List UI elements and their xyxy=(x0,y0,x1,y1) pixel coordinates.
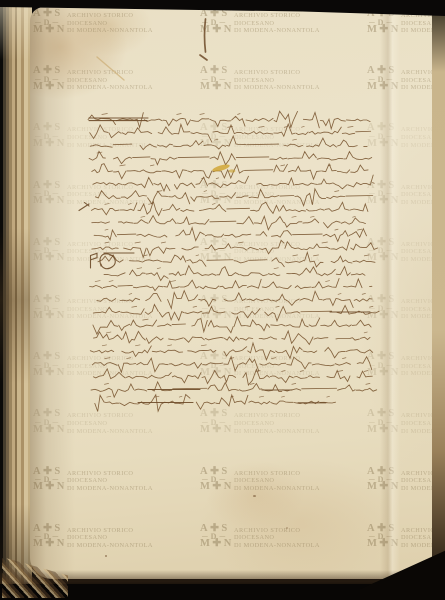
watermark-text: ARCHIVIO STORICODIOCESANODI MODENA-NONAN… xyxy=(234,298,320,321)
watermark-text-line: DIOCESANO xyxy=(234,134,320,142)
watermark-logo-line: M✚N xyxy=(200,140,234,149)
watermark-text-line: DI MODENA-NONANTOLA xyxy=(234,256,320,264)
book-fore-edge-left xyxy=(0,0,32,600)
watermark-text-line: DIOCESANO xyxy=(234,20,320,28)
watermark-text: ARCHIVIO STORICODIOCESANODI MODENA-NONAN… xyxy=(234,241,320,264)
watermark-text-line: DI MODENA-NONANTOLA xyxy=(401,27,434,35)
watermark-text: ARCHIVIO STORICODIOCESANODI MODENA-NONAN… xyxy=(234,12,320,35)
watermark-text: ARCHIVIO STORICODIOCESANODI MODENA-NONAN… xyxy=(401,126,434,149)
manuscript-page: A✚S─D─M✚NARCHIVIO STORICODIOCESANODI MOD… xyxy=(30,7,434,579)
watermark-text-line: DIOCESANO xyxy=(234,420,320,428)
watermark-text-line: DI MODENA-NONANTOLA xyxy=(234,27,320,35)
watermark-text-line: DIOCESANO xyxy=(234,77,320,85)
watermark-stamp: A✚S─D─M✚NARCHIVIO STORICODIOCESANODI MOD… xyxy=(200,410,234,434)
watermark-stamp: A✚S─D─M✚NARCHIVIO STORICODIOCESANODI MOD… xyxy=(200,353,234,377)
watermark-text-line: DIOCESANO xyxy=(234,477,320,485)
watermark-stamp: A✚S─D─M✚NARCHIVIO STORICODIOCESANODI MOD… xyxy=(200,525,234,549)
watermark-logo: A✚S─D─M✚N xyxy=(200,124,234,148)
watermark-text-line: DI MODENA-NONANTOLA xyxy=(401,370,434,378)
watermark-logo: A✚S─D─M✚N xyxy=(200,353,234,377)
watermark-text-line: DI MODENA-NONANTOLA xyxy=(234,485,320,493)
watermark-text-line: ARCHIVIO STORICO xyxy=(401,184,434,192)
watermark-text: ARCHIVIO STORICODIOCESANODI MODENA-NONAN… xyxy=(234,527,320,550)
foxing-speck xyxy=(105,555,107,557)
watermark-text-line: DIOCESANO xyxy=(401,420,434,428)
watermark-logo: A✚S─D─M✚N xyxy=(200,410,234,434)
watermark-stamp: A✚S─D─M✚NARCHIVIO STORICODIOCESANODI MOD… xyxy=(200,182,234,206)
watermark-text-line: DIOCESANO xyxy=(401,20,434,28)
foxing-speck xyxy=(253,495,256,497)
watermark-text-line: DIOCESANO xyxy=(401,134,434,142)
watermark-stamp: A✚S─D─M✚NARCHIVIO STORICODIOCESANODI MOD… xyxy=(200,10,234,34)
watermark-text-line: DI MODENA-NONANTOLA xyxy=(234,84,320,92)
watermark-logo: A✚S─D─M✚N xyxy=(200,10,234,34)
watermark-text: ARCHIVIO STORICODIOCESANODI MODENA-NONAN… xyxy=(234,69,320,92)
watermark-text-line: DIOCESANO xyxy=(401,306,434,314)
watermark-text: ARCHIVIO STORICODIOCESANODI MODENA-NONAN… xyxy=(401,69,434,92)
watermark-text-line: DIOCESANO xyxy=(401,77,434,85)
watermark-text-line: ARCHIVIO STORICO xyxy=(234,241,320,249)
watermark-text-line: ARCHIVIO STORICO xyxy=(401,527,434,535)
watermark-text-line: DIOCESANO xyxy=(401,191,434,199)
watermark-text-line: DI MODENA-NONANTOLA xyxy=(401,313,434,321)
watermark-text: ARCHIVIO STORICODIOCESANODI MODENA-NONAN… xyxy=(401,470,434,493)
watermark-logo: A✚S─D─M✚N xyxy=(200,182,234,206)
watermark-logo: A✚S─D─M✚N xyxy=(200,468,234,492)
watermark-text: ARCHIVIO STORICODIOCESANODI MODENA-NONAN… xyxy=(401,412,434,435)
watermark-text-line: ARCHIVIO STORICO xyxy=(234,298,320,306)
watermark-text-line: ARCHIVIO STORICO xyxy=(234,470,320,478)
watermark-text-line: DI MODENA-NONANTOLA xyxy=(401,199,434,207)
watermark-logo-line: M✚N xyxy=(200,369,234,378)
watermark-logo-line: M✚N xyxy=(200,197,234,206)
watermark-logo-line: M✚N xyxy=(200,540,234,549)
page-fold xyxy=(380,7,400,579)
watermark-text-line: DI MODENA-NONANTOLA xyxy=(401,256,434,264)
watermark-text-line: DIOCESANO xyxy=(401,248,434,256)
watermark-text-line: ARCHIVIO STORICO xyxy=(234,355,320,363)
watermark-text: ARCHIVIO STORICODIOCESANODI MODENA-NONAN… xyxy=(401,527,434,550)
watermark-text-line: DIOCESANO xyxy=(401,363,434,371)
watermark-logo-line: M✚N xyxy=(200,312,234,321)
watermark-stamp: A✚S─D─M✚NARCHIVIO STORICODIOCESANODI MOD… xyxy=(200,239,234,263)
watermark-logo-line: M✚N xyxy=(200,26,234,35)
watermark-text: ARCHIVIO STORICODIOCESANODI MODENA-NONAN… xyxy=(234,355,320,378)
watermark-text-line: DI MODENA-NONANTOLA xyxy=(234,142,320,150)
watermark-text-line: ARCHIVIO STORICO xyxy=(234,412,320,420)
watermark-text-line: DI MODENA-NONANTOLA xyxy=(234,199,320,207)
watermark-text-line: DI MODENA-NONANTOLA xyxy=(234,542,320,550)
watermark-text-line: DIOCESANO xyxy=(234,248,320,256)
watermark-logo-line: M✚N xyxy=(200,83,234,92)
watermark-text-line: DI MODENA-NONANTOLA xyxy=(234,370,320,378)
watermark-text-line: DIOCESANO xyxy=(234,306,320,314)
foxing-speck xyxy=(286,527,288,529)
watermark-text-line: ARCHIVIO STORICO xyxy=(234,69,320,77)
watermark-text-line: DIOCESANO xyxy=(401,534,434,542)
watermark-text: ARCHIVIO STORICODIOCESANODI MODENA-NONAN… xyxy=(401,355,434,378)
watermark-text-line: ARCHIVIO STORICO xyxy=(234,527,320,535)
watermark-layer: A✚S─D─M✚NARCHIVIO STORICODIOCESANODI MOD… xyxy=(30,7,434,579)
watermark-stamp: A✚S─D─M✚NARCHIVIO STORICODIOCESANODI MOD… xyxy=(200,124,234,148)
watermark-text-line: DIOCESANO xyxy=(234,191,320,199)
watermark-text-line: ARCHIVIO STORICO xyxy=(401,355,434,363)
watermark-text-line: ARCHIVIO STORICO xyxy=(401,412,434,420)
watermark-logo-line: M✚N xyxy=(200,426,234,435)
watermark-logo-line: M✚N xyxy=(200,254,234,263)
watermark-text-line: DI MODENA-NONANTOLA xyxy=(401,428,434,436)
watermark-text-line: DI MODENA-NONANTOLA xyxy=(401,142,434,150)
watermark-logo: A✚S─D─M✚N xyxy=(200,67,234,91)
watermark-logo: A✚S─D─M✚N xyxy=(200,525,234,549)
gutter-shadow xyxy=(30,7,90,579)
watermark-text-line: DIOCESANO xyxy=(234,534,320,542)
watermark-text-line: ARCHIVIO STORICO xyxy=(234,184,320,192)
watermark-text: ARCHIVIO STORICODIOCESANODI MODENA-NONAN… xyxy=(234,184,320,207)
watermark-text: ARCHIVIO STORICODIOCESANODI MODENA-NONAN… xyxy=(401,241,434,264)
watermark-text-line: ARCHIVIO STORICO xyxy=(401,470,434,478)
watermark-text: ARCHIVIO STORICODIOCESANODI MODENA-NONAN… xyxy=(234,470,320,493)
watermark-logo: A✚S─D─M✚N xyxy=(200,239,234,263)
watermark-stamp: A✚S─D─M✚NARCHIVIO STORICODIOCESANODI MOD… xyxy=(200,468,234,492)
watermark-stamp: A✚S─D─M✚NARCHIVIO STORICODIOCESANODI MOD… xyxy=(200,296,234,320)
book-fore-edge-right xyxy=(432,0,445,600)
watermark-logo: A✚S─D─M✚N xyxy=(200,296,234,320)
watermark-stamp: A✚S─D─M✚NARCHIVIO STORICODIOCESANODI MOD… xyxy=(200,67,234,91)
watermark-text-line: ARCHIVIO STORICO xyxy=(401,126,434,134)
watermark-text-line: DI MODENA-NONANTOLA xyxy=(234,313,320,321)
watermark-text-line: DIOCESANO xyxy=(234,363,320,371)
watermark-text: ARCHIVIO STORICODIOCESANODI MODENA-NONAN… xyxy=(401,184,434,207)
watermark-text: ARCHIVIO STORICODIOCESANODI MODENA-NONAN… xyxy=(234,412,320,435)
watermark-text-line: ARCHIVIO STORICO xyxy=(401,298,434,306)
watermark-text-line: ARCHIVIO STORICO xyxy=(234,12,320,20)
watermark-text-line: ARCHIVIO STORICO xyxy=(401,241,434,249)
watermark-text-line: DI MODENA-NONANTOLA xyxy=(401,485,434,493)
watermark-text: ARCHIVIO STORICODIOCESANODI MODENA-NONAN… xyxy=(234,126,320,149)
watermark-text: ARCHIVIO STORICODIOCESANODI MODENA-NONAN… xyxy=(401,298,434,321)
watermark-text-line: ARCHIVIO STORICO xyxy=(234,126,320,134)
watermark-logo-line: M✚N xyxy=(200,483,234,492)
watermark-text-line: DIOCESANO xyxy=(401,477,434,485)
watermark-text-line: DI MODENA-NONANTOLA xyxy=(234,428,320,436)
manuscript-scan-photo: A✚S─D─M✚NARCHIVIO STORICODIOCESANODI MOD… xyxy=(0,0,445,600)
watermark-text-line: DI MODENA-NONANTOLA xyxy=(401,542,434,550)
watermark-text-line: DI MODENA-NONANTOLA xyxy=(401,84,434,92)
watermark-text-line: ARCHIVIO STORICO xyxy=(401,69,434,77)
